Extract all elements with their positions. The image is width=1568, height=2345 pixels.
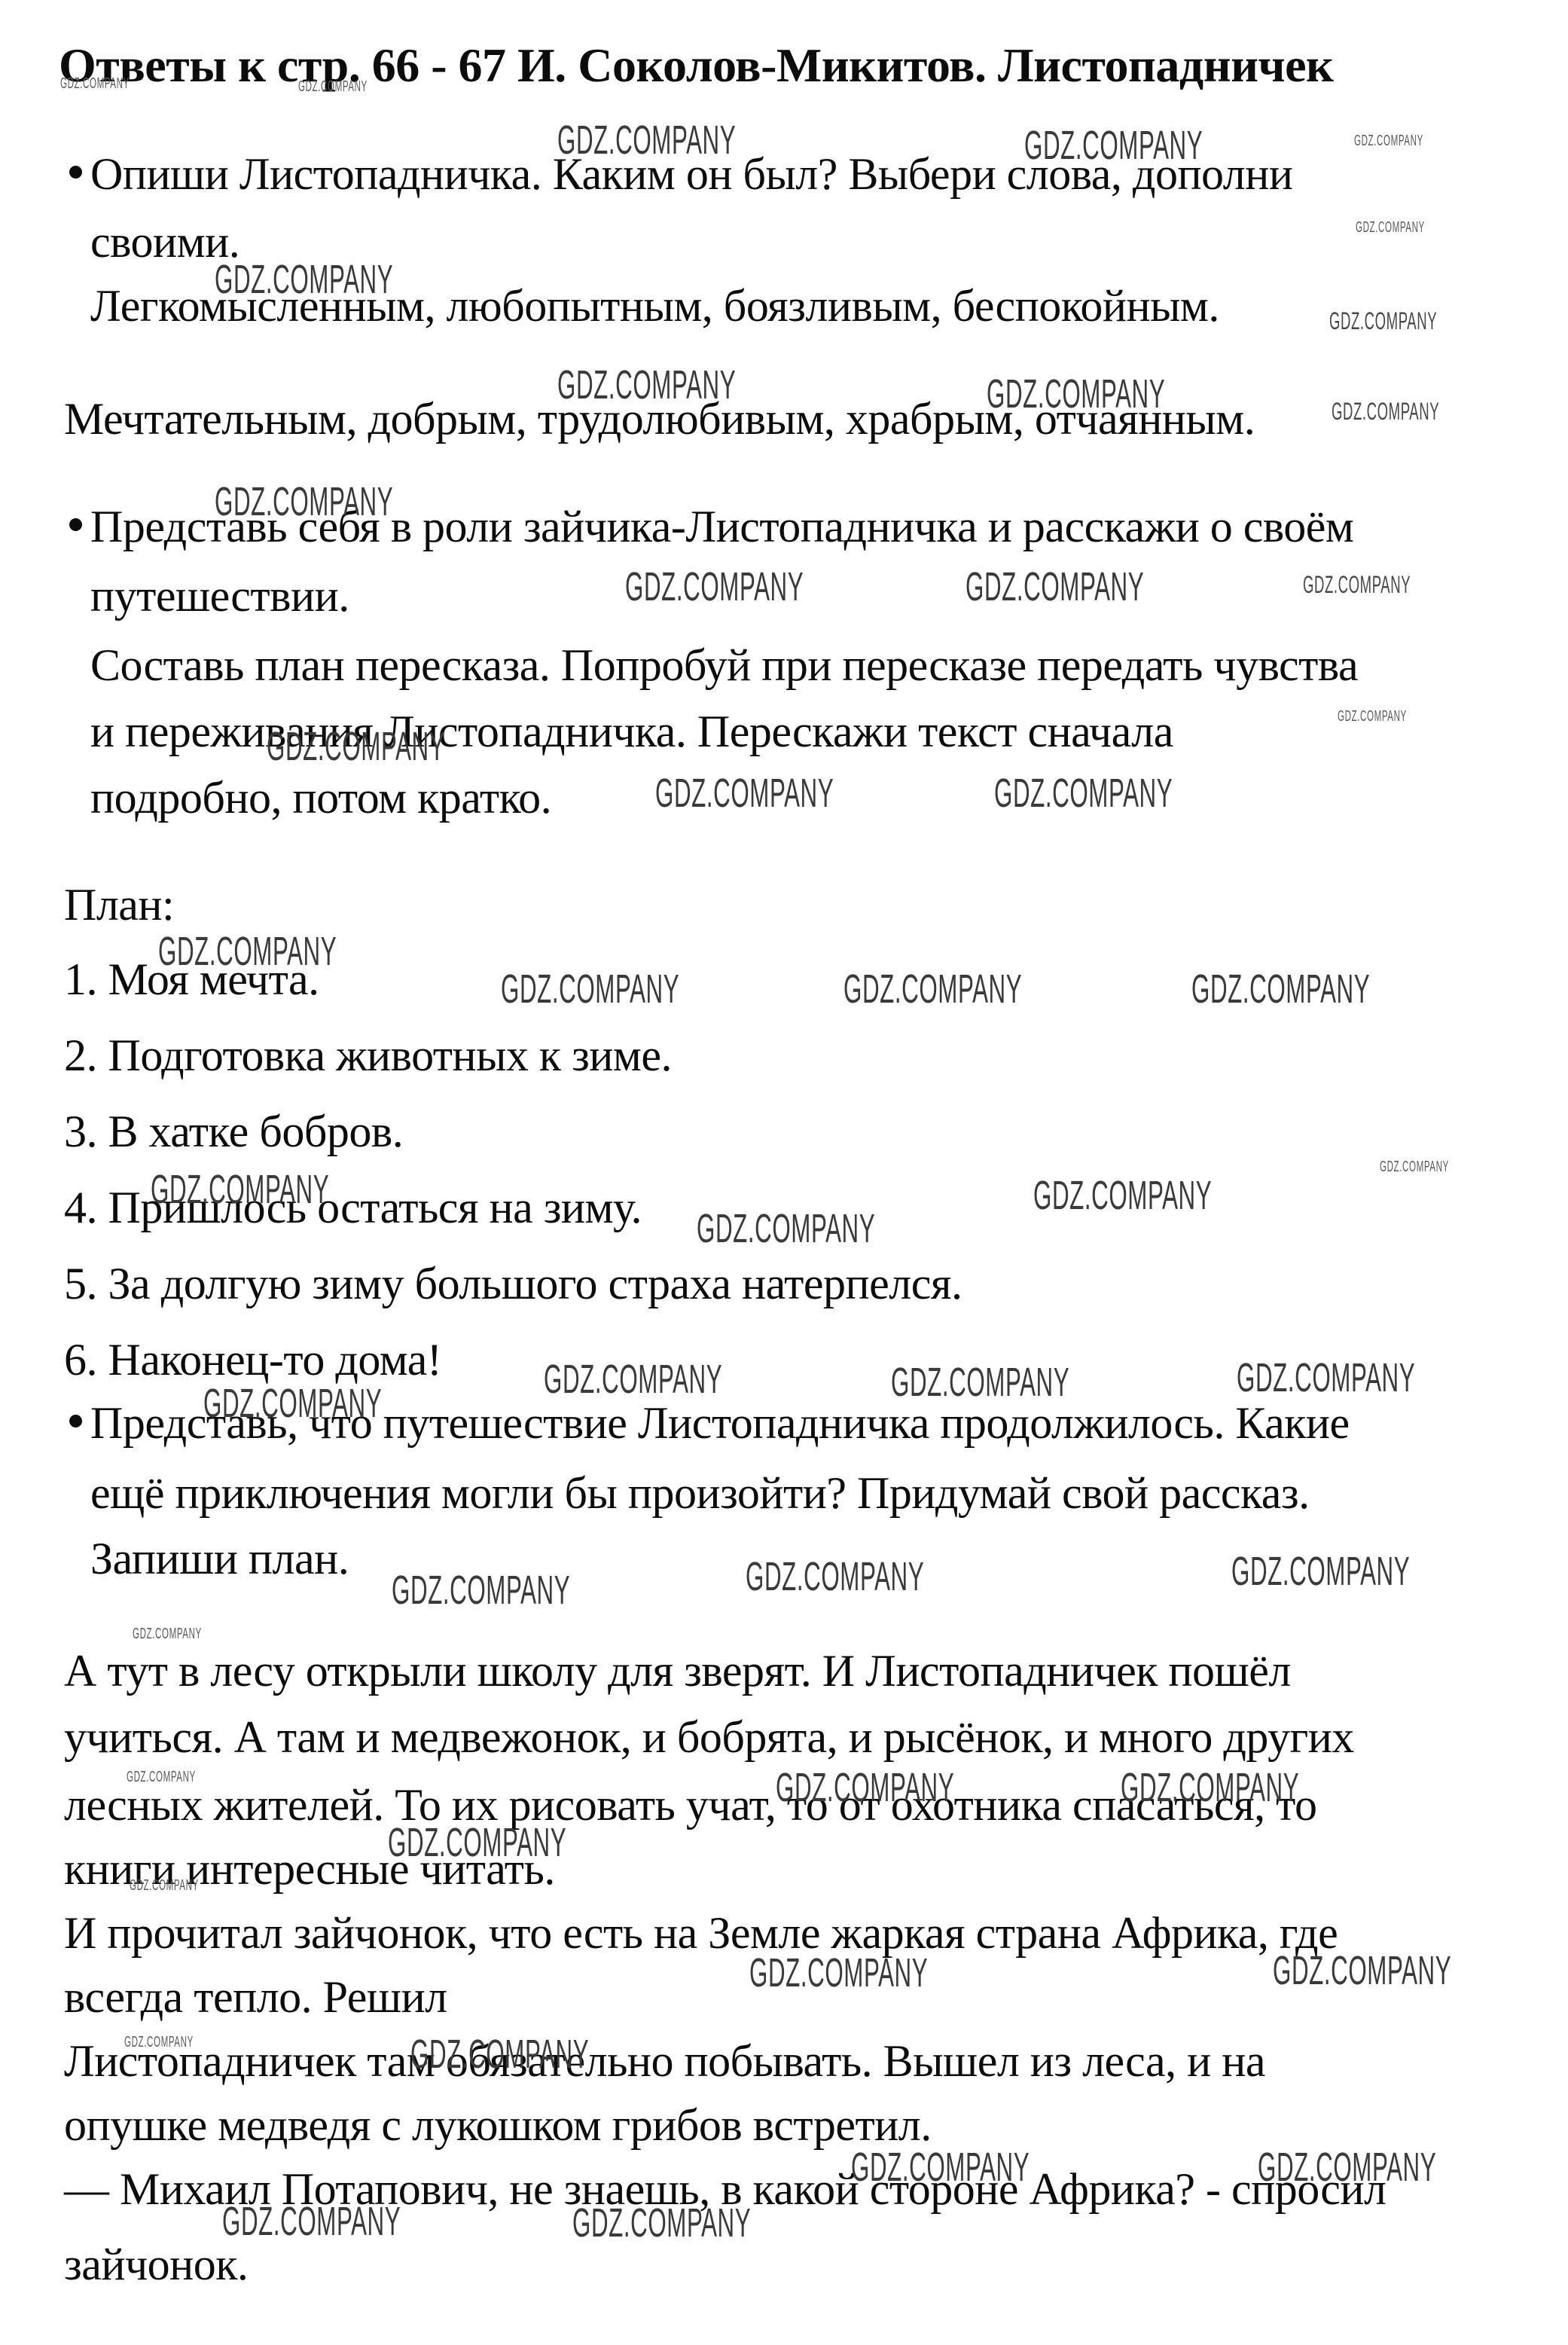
watermark-text: GDZ.COMPANY	[749, 1950, 928, 1996]
watermark-text: GDZ.COMPANY	[544, 1356, 722, 1403]
plan-item: 2. Подготовка животных к зиме.	[64, 1030, 672, 1082]
watermark-text: GDZ.COMPANY	[410, 2031, 589, 2078]
watermark-text: GDZ.COMPANY	[215, 256, 393, 303]
watermark-text: GDZ.COMPANY	[1329, 307, 1437, 335]
watermark-text: GDZ.COMPANY	[891, 1359, 1069, 1406]
task2-question-line: путешествии.	[90, 570, 349, 622]
plan-item: 5. За долгую зиму большого страха натерп…	[64, 1258, 962, 1310]
watermark-text: GDZ.COMPANY	[1332, 398, 1439, 426]
watermark-text: GDZ.COMPANY	[987, 371, 1165, 417]
story-line: опушке медведя с лукошком грибов встрети…	[64, 2099, 932, 2151]
watermark-text: GDZ.COMPANY	[557, 117, 736, 163]
watermark-text: GDZ.COMPANY	[1033, 1172, 1212, 1219]
watermark-text: GDZ.COMPANY	[1273, 1947, 1451, 1994]
watermark-text: GDZ.COMPANY	[1231, 1548, 1410, 1595]
watermark-text: GDZ.COMPANY	[215, 478, 393, 525]
watermark-text: GDZ.COMPANY	[851, 2144, 1030, 2191]
watermark-text: GDZ.COMPANY	[388, 1819, 566, 1866]
watermark-text: GDZ.COMPANY	[1121, 1764, 1299, 1811]
watermark-text: GDZ.COMPANY	[1237, 1354, 1415, 1401]
watermark-text: GDZ.COMPANY	[1380, 1159, 1449, 1176]
watermark-text: GDZ.COMPANY	[557, 362, 736, 408]
story-line: зайчонок.	[64, 2239, 248, 2291]
watermark-text: GDZ.COMPANY	[1258, 2144, 1436, 2191]
watermark-text: GDZ.COMPANY	[1354, 133, 1423, 150]
watermark-text: GDZ.COMPANY	[501, 966, 679, 1012]
watermark-text: GDZ.COMPANY	[572, 2200, 751, 2246]
watermark-text: GDZ.COMPANY	[127, 1769, 196, 1786]
bullet-icon	[69, 166, 82, 179]
watermark-text: GDZ.COMPANY	[298, 78, 368, 96]
task2-question-line: подробно, потом кратко.	[90, 772, 551, 824]
task3-question-line: Запиши план.	[90, 1533, 349, 1585]
watermark-text: GDZ.COMPANY	[203, 1380, 382, 1427]
watermark-text: GDZ.COMPANY	[843, 966, 1022, 1012]
watermark-text: GDZ.COMPANY	[222, 2198, 401, 2245]
watermark-text: GDZ.COMPANY	[158, 928, 337, 975]
task2-question-line: и переживания Листопадничка. Перескажи т…	[90, 706, 1173, 758]
watermark-text: GDZ.COMPANY	[151, 1166, 329, 1213]
story-line: А тут в лесу открыли школу для зверят. И…	[64, 1645, 1291, 1697]
watermark-text: GDZ.COMPANY	[1356, 219, 1425, 237]
watermark-text: GDZ.COMPANY	[994, 770, 1173, 817]
watermark-text: GDZ.COMPANY	[1024, 122, 1203, 169]
watermark-text: GDZ.COMPANY	[697, 1205, 875, 1252]
watermark-text: GDZ.COMPANY	[966, 563, 1144, 610]
watermark-text: GDZ.COMPANY	[130, 1877, 199, 1895]
watermark-text: GDZ.COMPANY	[392, 1567, 570, 1614]
plan-item: 6. Наконец-то дома!	[64, 1334, 441, 1386]
watermark-text: GDZ.COMPANY	[133, 1626, 202, 1643]
story-line: И прочитал зайчонок, что есть на Земле ж…	[64, 1907, 1338, 1959]
bullet-icon	[69, 518, 82, 531]
story-line: всегда тепло. Решил	[64, 1971, 447, 2023]
answer-key-page: Ответы к стр. 66 - 67 И. Соколов-Микитов…	[0, 0, 1568, 2345]
watermark-text: GDZ.COMPANY	[776, 1764, 954, 1811]
watermark-text: GDZ.COMPANY	[1191, 966, 1370, 1012]
story-line: учиться. А там и медвежонок, и бобрята, …	[64, 1711, 1354, 1763]
task3-question-line: ещё приключения могли бы произойти? Прид…	[90, 1467, 1310, 1519]
watermark-text: GDZ.COMPANY	[267, 723, 445, 770]
watermark-text: GDZ.COMPANY	[625, 563, 804, 610]
plan-item: 3. В хатке бобров.	[64, 1106, 403, 1158]
watermark-text: GDZ.COMPANY	[746, 1553, 924, 1600]
watermark-text: GDZ.COMPANY	[1303, 571, 1411, 599]
page-title: Ответы к стр. 66 - 67 И. Соколов-Микитов…	[59, 38, 1333, 93]
watermark-text: GDZ.COMPANY	[1338, 708, 1407, 725]
plan-label: План:	[64, 879, 174, 931]
watermark-text: GDZ.COMPANY	[124, 2034, 194, 2051]
bullet-icon	[69, 1415, 82, 1427]
story-line: Листопадничек там обязательно побывать. …	[64, 2035, 1265, 2087]
watermark-text: GDZ.COMPANY	[655, 770, 834, 817]
watermark-text: GDZ.COMPANY	[60, 75, 130, 93]
task2-question-line: Составь план пересказа. Попробуй при пер…	[90, 640, 1358, 692]
